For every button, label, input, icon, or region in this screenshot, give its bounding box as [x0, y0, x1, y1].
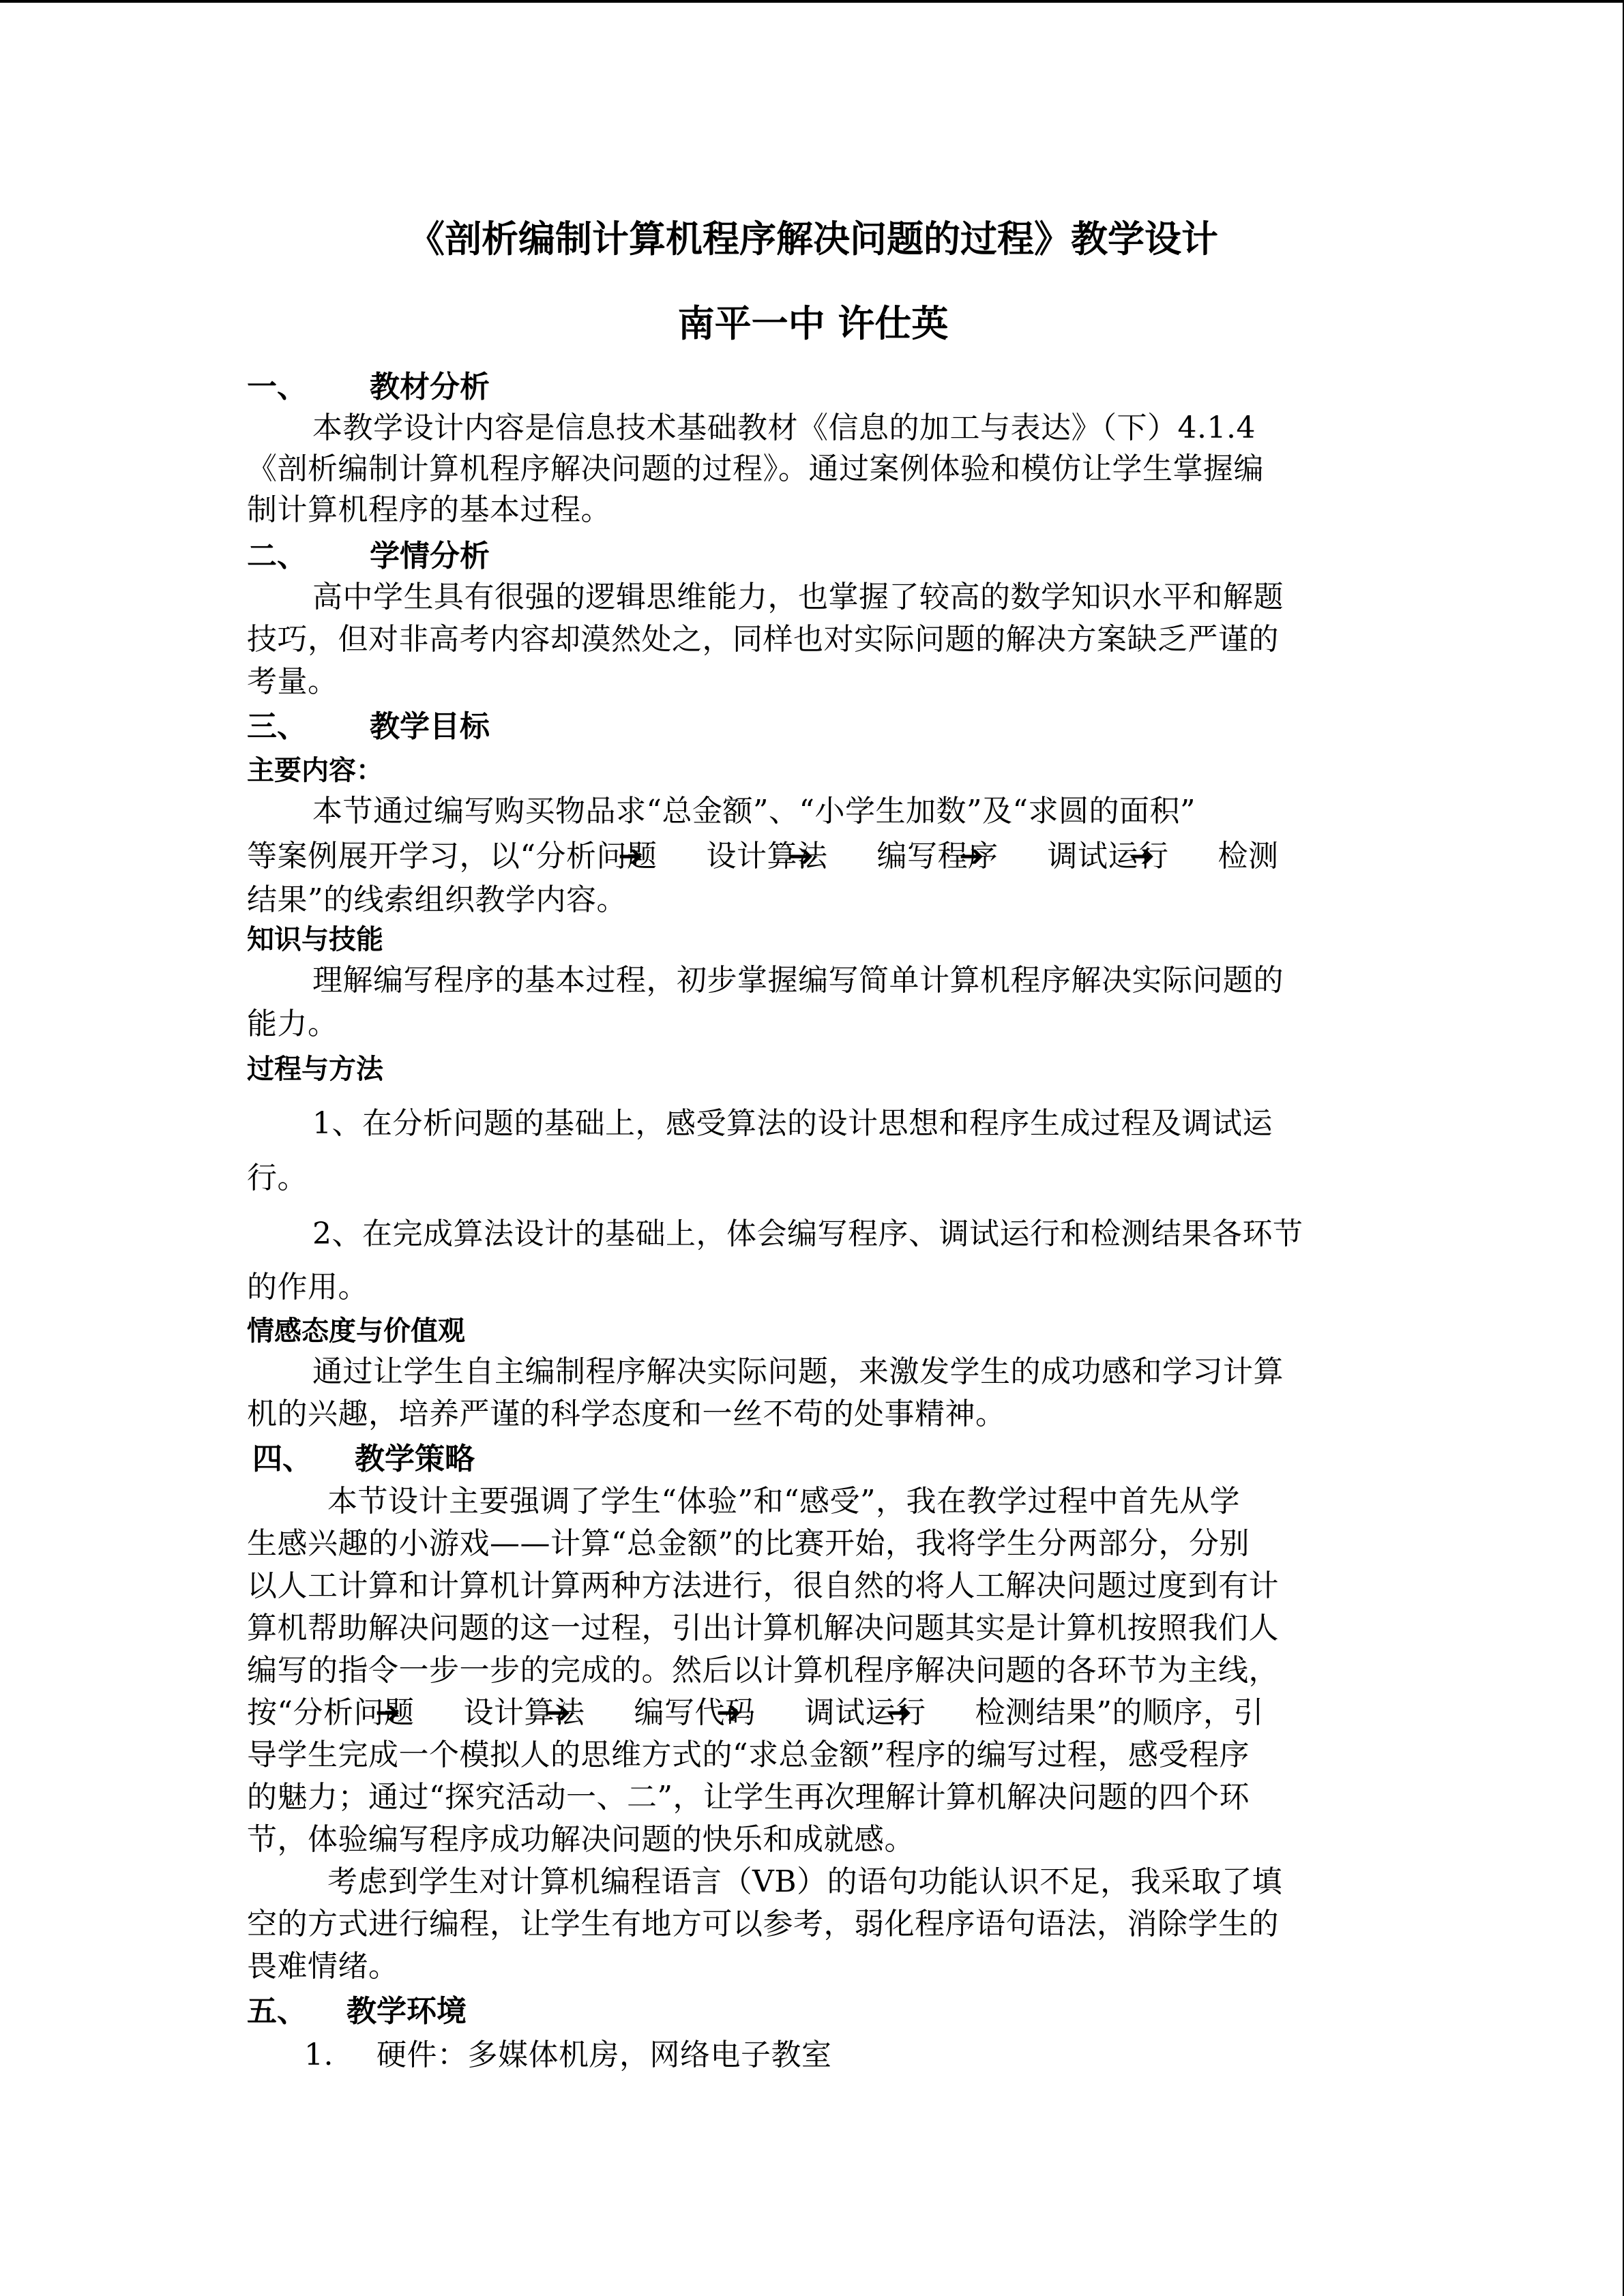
step-check: 检测	[1218, 839, 1279, 874]
page-top-edge	[0, 0, 1624, 3]
section-title: 教学策略	[355, 1442, 475, 1476]
section-title: 学情分析	[370, 539, 490, 573]
paragraph-line: 空的方式进行编程，让学生有地方可以参考，弱化程序语句语法，消除学生的	[247, 1904, 1279, 1945]
section-title: 教学环境	[346, 1994, 467, 2029]
step-analyze: 分析问题➔	[293, 1693, 415, 1733]
step-code: 编写代码➔	[634, 1693, 756, 1733]
process-item-1-cont: 行。	[247, 1158, 308, 1199]
arrow-right-icon: ➔	[375, 1693, 400, 1733]
paragraph-line: 导学生完成一个模拟人的思维方式的“求总金额”程序的编写过程，感受程序	[247, 1735, 1250, 1776]
knowledge-label: 知识与技能	[247, 921, 383, 959]
paragraph-line: 机的兴趣，培养严谨的科学态度和一丝不苟的处事精神。	[247, 1394, 1006, 1435]
step-debug: 调试运行➔	[1048, 836, 1169, 877]
paragraph-line: 制计算机程序的基本过程。	[247, 490, 611, 531]
arrow-right-icon: ➔	[1130, 836, 1155, 877]
step-debug: 调试运行➔	[805, 1693, 926, 1733]
section-title: 教学目标	[370, 709, 490, 744]
strategy-steps-line: 按“分析问题➔设计算法➔编写代码➔调试运行➔检测结果”的顺序，引	[247, 1693, 1264, 1733]
paragraph-line: 技巧，但对非高考内容却漠然处之，同样也对实际问题的解决方案缺乏严谨的	[247, 619, 1279, 660]
step-design: 设计算法➔	[464, 1693, 585, 1733]
section-number: 五、	[247, 1991, 346, 2032]
paragraph-line: 本节通过编写购买物品求“总金额”、“小学生加数”及“求圆的面积”	[312, 791, 1196, 832]
step-design: 设计算法➔	[707, 836, 828, 877]
paragraph-line: 算机帮助解决问题的这一过程，引出计算机解决问题其实是计算机按照我们人	[247, 1608, 1279, 1649]
process-item-2-cont: 的作用。	[247, 1267, 368, 1308]
process-steps-line: 等案例展开学习，以“分析问题➔设计算法➔编写程序➔调试运行➔检测	[247, 836, 1279, 877]
paragraph-line: 畏难情绪。	[247, 1946, 399, 1987]
paragraph-line: 的魅力；通过“探究活动一、二”，让学生再次理解计算机解决问题的四个环	[247, 1777, 1250, 1818]
document-title: 《剖析编制计算机程序解决问题的过程》教学设计	[247, 215, 1379, 263]
paragraph-line: 考量。	[247, 661, 338, 702]
document-author: 南平一中 许仕英	[247, 300, 1379, 348]
arrow-right-icon: ➔	[887, 1693, 912, 1733]
section-1-heading: 一、教材分析	[247, 367, 490, 408]
arrow-right-icon: ➔	[716, 1693, 741, 1733]
section-number: 四、	[252, 1439, 355, 1480]
paragraph-line: 《剖析编制计算机程序解决问题的过程》。通过案例体验和模仿让学生掌握编	[247, 449, 1264, 490]
emotion-label: 情感态度与价值观	[247, 1312, 465, 1350]
environment-item-1: 1.硬件：多媒体机房，网络电子教室	[304, 2035, 832, 2076]
section-4-heading: 四、教学策略	[252, 1439, 475, 1480]
line-prefix: 按“	[247, 1695, 293, 1730]
line-prefix: 等案例展开学习，以“	[247, 839, 536, 874]
process-item-1: 1、在分析问题的基础上，感受算法的设计思想和程序生成过程及调试运	[312, 1103, 1273, 1144]
paragraph-line: 编写的指令一步一步的完成的。然后以计算机程序解决问题的各环节为主线，	[247, 1650, 1279, 1691]
list-text: 硬件：多媒体机房，网络电子教室	[377, 2038, 832, 2072]
section-5-heading: 五、教学环境	[247, 1991, 467, 2032]
paragraph-line: 结果”的线索组织教学内容。	[247, 880, 627, 921]
section-title: 教材分析	[370, 370, 490, 404]
paragraph-line: 考虑到学生对计算机编程语言（VB）的语句功能认识不足，我采取了填	[327, 1862, 1282, 1903]
section-number: 三、	[247, 706, 370, 747]
main-content-label: 主要内容：	[247, 751, 383, 790]
paragraph-line: 本节设计主要强调了学生“体验”和“感受”，我在教学过程中首先从学	[327, 1481, 1240, 1522]
process-label: 过程与方法	[247, 1050, 383, 1088]
paragraph-line: 通过让学生自主编制程序解决实际问题，来激发学生的成功感和学习计算	[312, 1352, 1284, 1392]
section-3-heading: 三、教学目标	[247, 706, 490, 747]
arrow-right-icon: ➔	[959, 836, 984, 877]
paragraph-line: 本教学设计内容是信息技术基础教材《信息的加工与表达》（下）4.1.4	[312, 408, 1256, 449]
paragraph-line: 节，体验编写程序成功解决问题的快乐和成就感。	[247, 1819, 915, 1860]
process-item-2: 2、在完成算法设计的基础上，体会编写程序、调试运行和检测结果各环节	[312, 1214, 1303, 1255]
step-analyze: 分析问题➔	[536, 836, 658, 877]
section-number: 二、	[247, 536, 370, 577]
arrow-right-icon: ➔	[788, 836, 814, 877]
paragraph-line: 能力。	[247, 1004, 338, 1045]
section-number: 一、	[247, 367, 370, 408]
paragraph-line: 理解编写程序的基本过程，初步掌握编写简单计算机程序解决实际问题的	[312, 960, 1284, 1001]
paragraph-line: 以人工计算和计算机计算两种方法进行，很自然的将人工解决问题过度到有计	[247, 1566, 1279, 1607]
paragraph-line: 高中学生具有很强的逻辑思维能力，也掌握了较高的数学知识水平和解题	[312, 577, 1284, 618]
arrow-right-icon: ➔	[546, 1693, 571, 1733]
arrow-right-icon: ➔	[618, 836, 643, 877]
line-suffix: 检测结果”的顺序，引	[975, 1695, 1265, 1730]
step-code: 编写程序➔	[877, 836, 999, 877]
paragraph-line: 生感兴趣的小游戏——计算“总金额”的比赛开始，我将学生分两部分，分别	[247, 1523, 1250, 1564]
section-2-heading: 二、学情分析	[247, 536, 490, 577]
list-number: 1.	[304, 2035, 377, 2076]
